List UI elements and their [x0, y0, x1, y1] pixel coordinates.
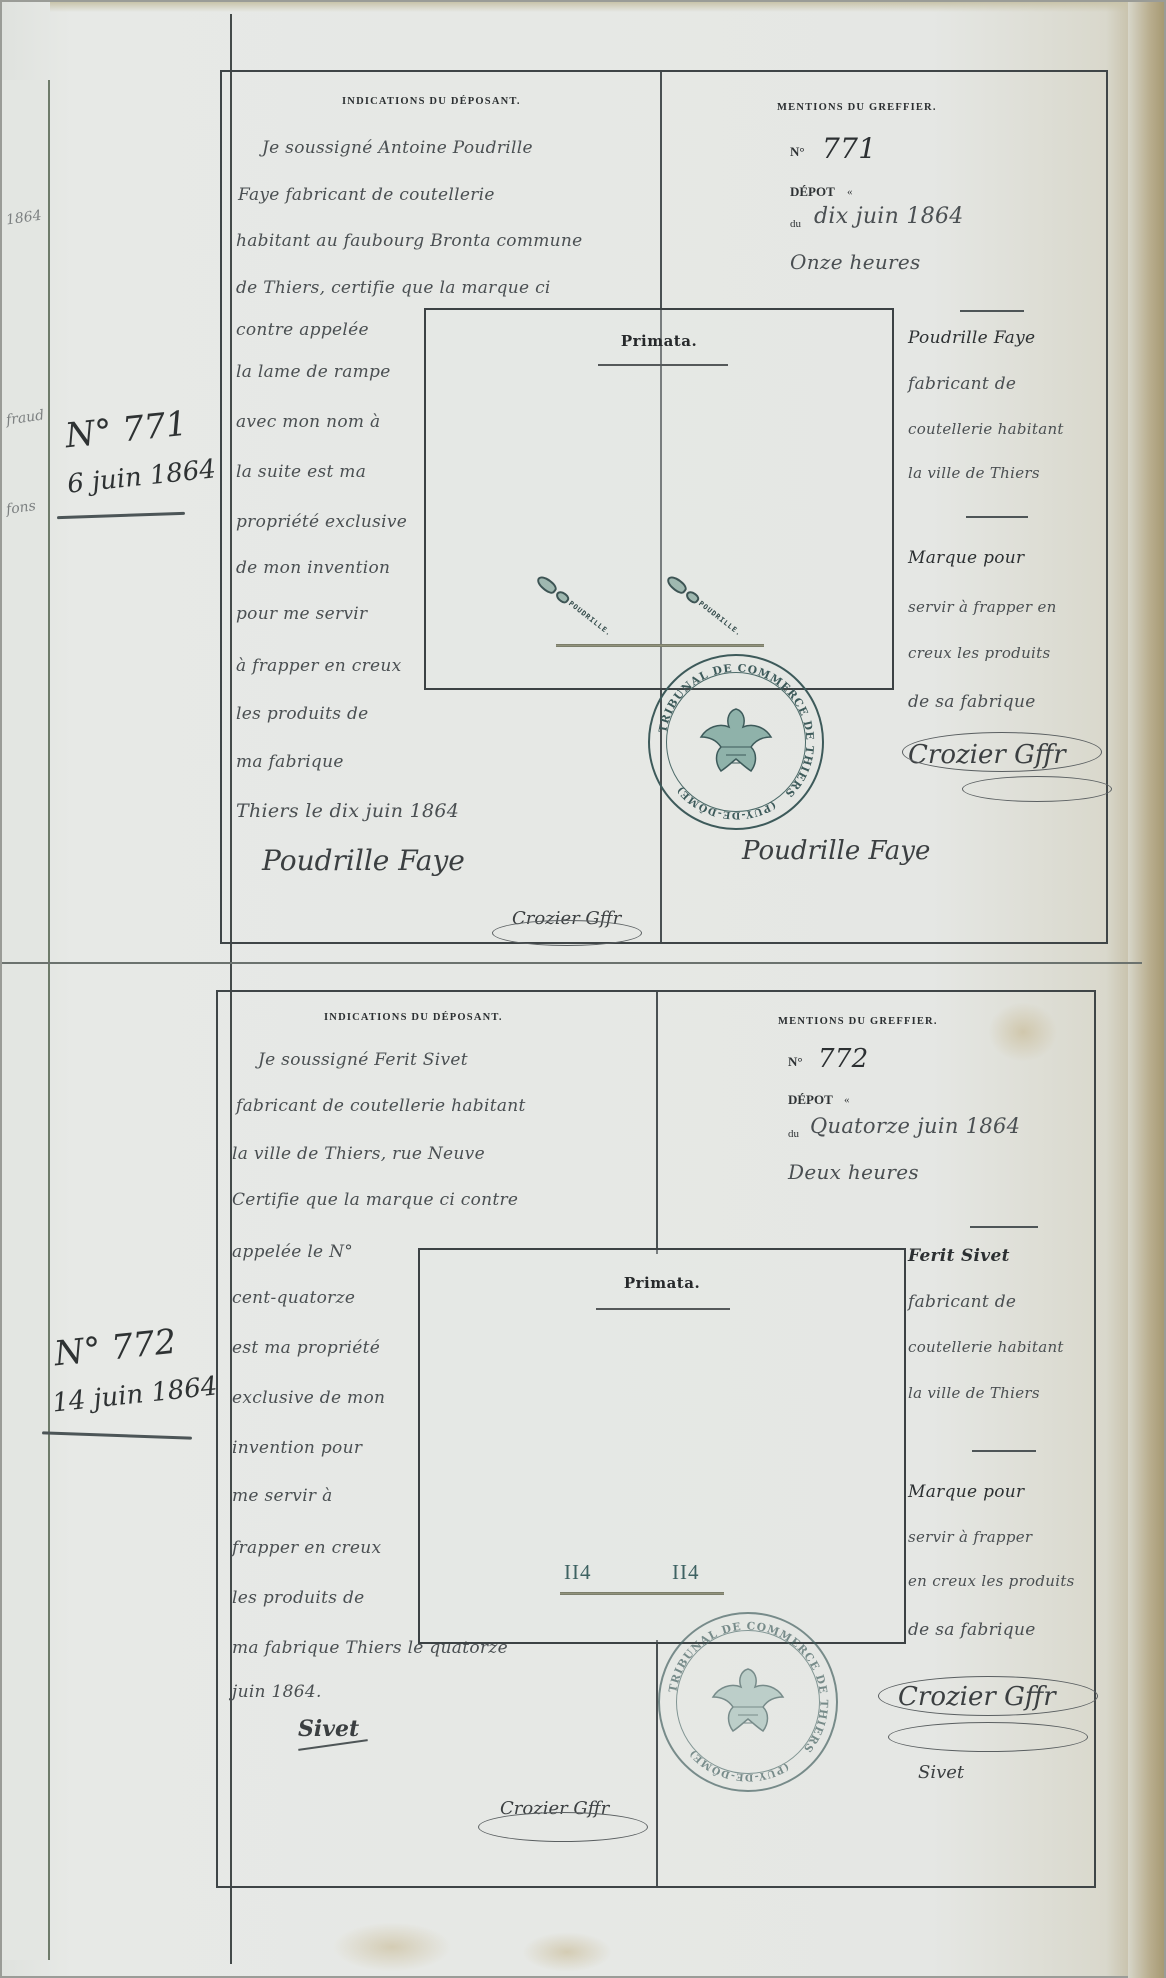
registrar-summary-line: la ville de Thiers	[908, 464, 1040, 482]
registrar-depositor-signature: Poudrille Faye	[742, 836, 930, 866]
registrar-number: 772	[818, 1044, 869, 1074]
registrar-mark-line: servir à frapper en	[908, 598, 1057, 616]
statement-line: pour me servir	[236, 604, 367, 624]
statement-line: ma fabrique	[236, 752, 344, 772]
registrar-number: 771	[822, 132, 876, 165]
statement-line: la lame de rampe	[236, 362, 391, 382]
paper-stain	[522, 1932, 612, 1972]
blade-mark: POUDRILLE.	[534, 573, 614, 639]
signature-flourish	[492, 920, 642, 946]
previous-page-fragment: 1864	[5, 208, 43, 229]
deposit-date: Quatorze juin 1864	[810, 1114, 1020, 1138]
column-divider	[656, 1640, 658, 1886]
column-divider	[656, 992, 658, 1254]
deposit-time: Deux heures	[788, 1160, 919, 1184]
registrar-summary-line: coutellerie habitant	[908, 420, 1064, 438]
deposit-form-771: Indications du déposant. Mentions du gre…	[220, 70, 1108, 944]
registrar-heading: Mentions du greffier.	[777, 102, 937, 113]
registrar-mark-line: de sa fabrique	[908, 692, 1036, 712]
specimen-box: Primata. II4 II4	[418, 1248, 906, 1644]
registrar-mark-line: creux les produits	[908, 644, 1050, 662]
svg-text:(PUY-DE-DÔME): (PUY-DE-DÔME)	[675, 784, 778, 821]
statement-line: Je soussigné Antoine Poudrille	[262, 138, 533, 158]
registrar-summary-line: la ville de Thiers	[908, 1384, 1040, 1402]
statement-line: frapper en creux	[232, 1538, 381, 1558]
margin-entry-underline	[57, 512, 185, 519]
blade-mark-text: POUDRILLE.	[697, 599, 743, 637]
statement-line: à frapper en creux	[236, 656, 402, 676]
mark-number: II4	[672, 1560, 700, 1585]
registrar-mark-line: Marque pour	[908, 1482, 1024, 1502]
statement-line: avec mon nom à	[236, 412, 380, 432]
statement-line: Certifie que la marque ci contre	[232, 1190, 518, 1210]
page-top-shadow	[50, 2, 1150, 12]
statement-line: juin 1864.	[232, 1682, 322, 1702]
tribunal-seal: TRIBUNAL DE COMMERCE DE THIERS (PUY-DE-D…	[658, 1612, 838, 1792]
statement-line: exclusive de mon	[232, 1388, 385, 1408]
signature-flourish	[478, 1812, 648, 1842]
statement-line: est ma propriété	[232, 1338, 380, 1358]
registrar-mark-line: de sa fabrique	[908, 1620, 1036, 1640]
signature-flourish	[902, 732, 1102, 772]
signature-flourish	[962, 776, 1112, 802]
depositor-signature: Poudrille Faye	[262, 844, 465, 877]
registrar-number-label: N°	[790, 144, 805, 160]
specimen-title-rule	[598, 364, 728, 366]
eagle-icon	[691, 697, 781, 787]
margin-entry-date: 14 juin 1864	[51, 1371, 219, 1418]
statement-line: de Thiers, certifie que la marque ci	[236, 278, 551, 298]
date-label: du	[790, 218, 801, 230]
specimen-title: Primata.	[420, 1274, 904, 1292]
registrar-summary-line: fabricant de	[908, 374, 1016, 394]
register-page: 1864 fraud fons N° 771 6 juin 1864 N° 77…	[0, 0, 1166, 1978]
specimen-box: Primata. POUDRILLE. POUDRILLE.	[424, 308, 894, 690]
registrar-mark-line: en creux les produits	[908, 1572, 1075, 1590]
margin-entry-underline	[42, 1431, 192, 1439]
paper-stain	[988, 1002, 1058, 1062]
section-rule	[972, 1450, 1036, 1452]
section-rule	[966, 516, 1028, 518]
registrar-summary-line: fabricant de	[908, 1292, 1016, 1312]
statement-line: contre appelée	[236, 320, 369, 340]
statement-line: cent-quatorze	[232, 1288, 355, 1308]
paper-stain	[332, 1922, 452, 1972]
registrar-summary-line: Ferit Sivet	[908, 1246, 1010, 1266]
registrar-mark-line: servir à frapper	[908, 1528, 1032, 1546]
date-label: du	[788, 1128, 799, 1140]
statement-line: fabricant de coutellerie habitant	[236, 1096, 526, 1116]
page-right-edge	[1128, 2, 1164, 1978]
depositor-signature: Sivet	[298, 1716, 359, 1742]
deposit-time: Onze heures	[790, 250, 921, 274]
margin-entry-number: N° 772	[52, 1322, 178, 1375]
blade-mark-text: POUDRILLE.	[567, 599, 613, 637]
specimen-base-rule	[556, 644, 764, 647]
statement-line: me servir à	[232, 1486, 333, 1506]
margin-entry-date: 6 juin 1864	[66, 454, 217, 499]
specimen-title: Primata.	[426, 332, 892, 350]
statement-line: Faye fabricant de coutellerie	[238, 185, 495, 205]
statement-line: invention pour	[232, 1438, 362, 1458]
registrar-heading: Mentions du greffier.	[778, 1016, 938, 1027]
deposit-form-772: Indications du déposant. Mentions du gre…	[216, 990, 1096, 1888]
statement-line: les produits de	[236, 704, 369, 724]
mark-number: II4	[564, 1560, 592, 1585]
statement-line: propriété exclusive	[236, 512, 407, 532]
deposit-date: dix juin 1864	[814, 204, 964, 229]
eagle-icon	[703, 1657, 793, 1747]
blade-mark: POUDRILLE.	[664, 573, 744, 639]
entry-separator	[2, 962, 1142, 964]
deposit-suffix: «	[847, 186, 853, 198]
statement-line: la ville de Thiers, rue Neuve	[232, 1144, 485, 1164]
signature-flourish	[888, 1722, 1088, 1752]
registrar-summary-line: Poudrille Faye	[908, 328, 1035, 348]
statement-line: Thiers le dix juin 1864	[236, 800, 459, 822]
deposit-label: DÉPOT	[790, 184, 835, 200]
section-rule	[960, 310, 1024, 312]
svg-text:(PUY-DE-DÔME): (PUY-DE-DÔME)	[687, 1747, 791, 1782]
registrar-depositor-signature: Sivet	[918, 1762, 964, 1783]
statement-line: appelée le N°	[232, 1242, 353, 1262]
registrar-mark-line: Marque pour	[908, 548, 1024, 568]
statement-line: habitant au faubourg Bronta commune	[236, 231, 583, 251]
previous-page-edge: 1864 fraud fons	[2, 80, 50, 1960]
statement-line: les produits de	[232, 1588, 365, 1608]
signature-flourish	[878, 1676, 1098, 1716]
registrar-number-label: N°	[788, 1054, 803, 1070]
statement-line: Je soussigné Ferit Sivet	[258, 1050, 468, 1070]
depositor-heading: Indications du déposant.	[324, 1012, 503, 1023]
previous-page-fragment: fraud	[5, 407, 45, 428]
margin-entry-number: N° 771	[63, 404, 189, 457]
specimen-title-rule	[596, 1308, 730, 1310]
registrar-summary-line: coutellerie habitant	[908, 1338, 1064, 1356]
tribunal-seal: TRIBUNAL DE COMMERCE DE THIERS (PUY-DE-D…	[648, 654, 824, 830]
specimen-base-rule	[560, 1592, 724, 1595]
deposit-label: DÉPOT	[788, 1092, 833, 1108]
statement-line: de mon invention	[236, 558, 390, 578]
depositor-heading: Indications du déposant.	[342, 96, 521, 107]
section-rule	[970, 1226, 1038, 1228]
deposit-suffix: «	[844, 1094, 850, 1106]
previous-page-fragment: fons	[5, 498, 37, 518]
statement-line: la suite est ma	[236, 462, 366, 482]
